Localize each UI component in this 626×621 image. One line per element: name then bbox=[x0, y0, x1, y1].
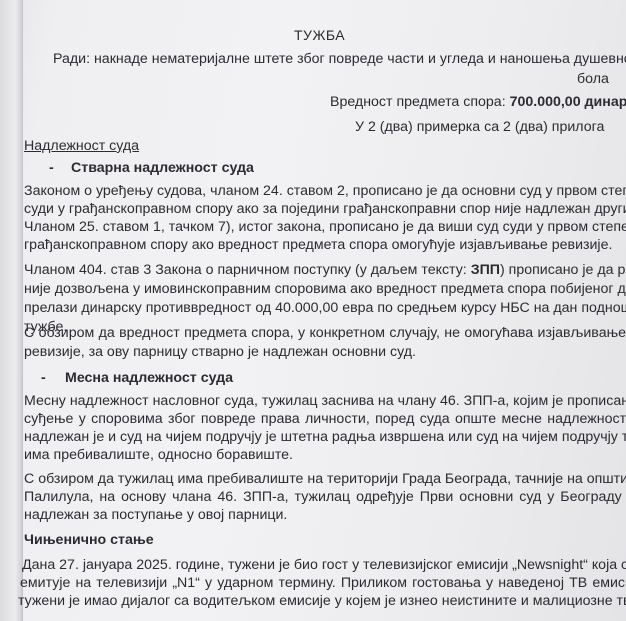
subject-matter-heading: Стварна надлежност суда bbox=[71, 160, 254, 176]
subject-line: Ради: накнаде нематеријалне штете због п… bbox=[53, 51, 609, 67]
bullet: - bbox=[49, 160, 54, 176]
document-title: ТУЖБА bbox=[294, 27, 345, 43]
dispute-value: Вредност предмета спора: 700.000,00 дина… bbox=[330, 94, 626, 110]
subject-line-continued: бола bbox=[577, 71, 609, 87]
territorial-heading: Месна надлежност суда bbox=[65, 370, 233, 386]
dispute-value-label: Вредност предмета спора: bbox=[330, 94, 510, 110]
zpp-abbreviation: ЗПП bbox=[471, 262, 500, 278]
copies-note: У 2 (два) примерка са 2 (два) прилога bbox=[355, 119, 604, 135]
jurisdiction-heading: Надлежност суда bbox=[24, 138, 139, 154]
dispute-value-amount: 700.000,00 динара, bbox=[510, 94, 626, 110]
facts-heading: Чињенично стање bbox=[24, 532, 154, 548]
bullet: - bbox=[41, 370, 46, 386]
page-edge bbox=[0, 0, 23, 621]
